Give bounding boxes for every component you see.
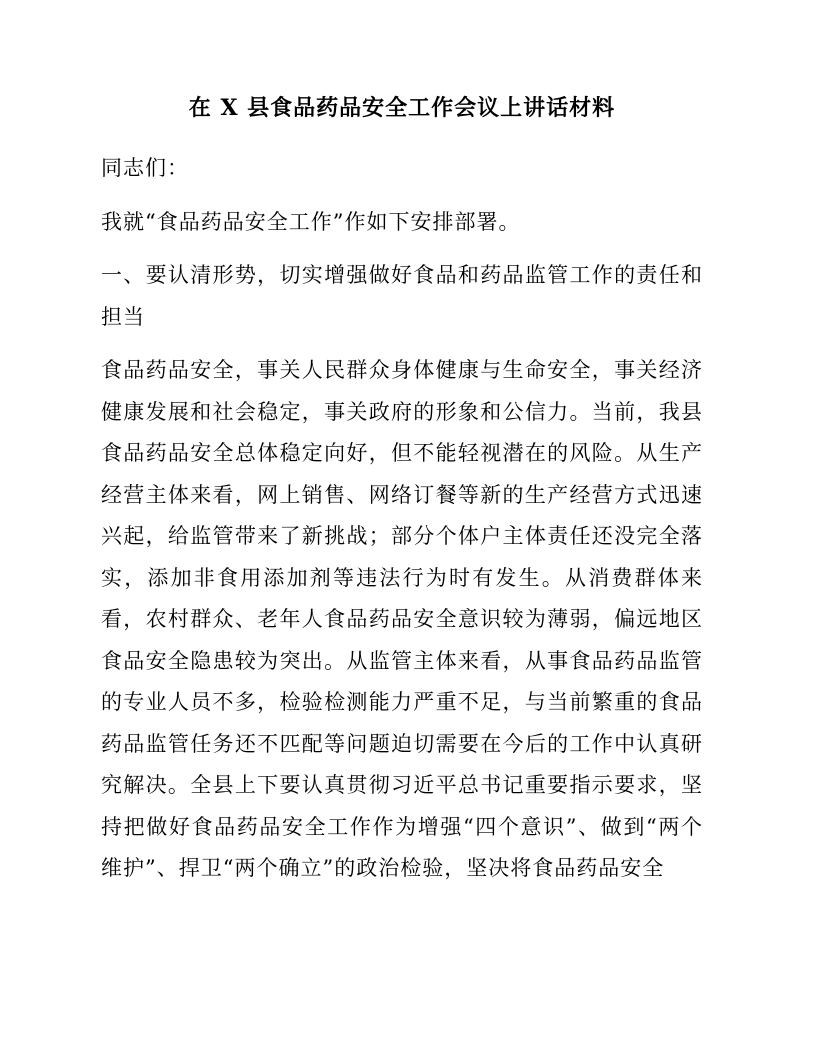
document-page: 在 X 县食品药品安全工作会议上讲话材料 同志们： 我就“食品药品安全工作”作如…	[0, 0, 816, 1056]
document-title: 在 X 县食品药品安全工作会议上讲话材料	[101, 87, 703, 130]
salutation-paragraph: 同志们：	[101, 148, 703, 190]
intro-paragraph: 我就“食品药品安全工作”作如下安排部署。	[101, 202, 703, 244]
section-heading-1: 一、要认清形势，切实增强做好食品和药品监管工作的责任和担当	[101, 255, 703, 338]
body-paragraph: 食品药品安全，事关人民群众身体健康与生命安全，事关经济健康发展和社会稳定，事关政…	[101, 350, 703, 890]
